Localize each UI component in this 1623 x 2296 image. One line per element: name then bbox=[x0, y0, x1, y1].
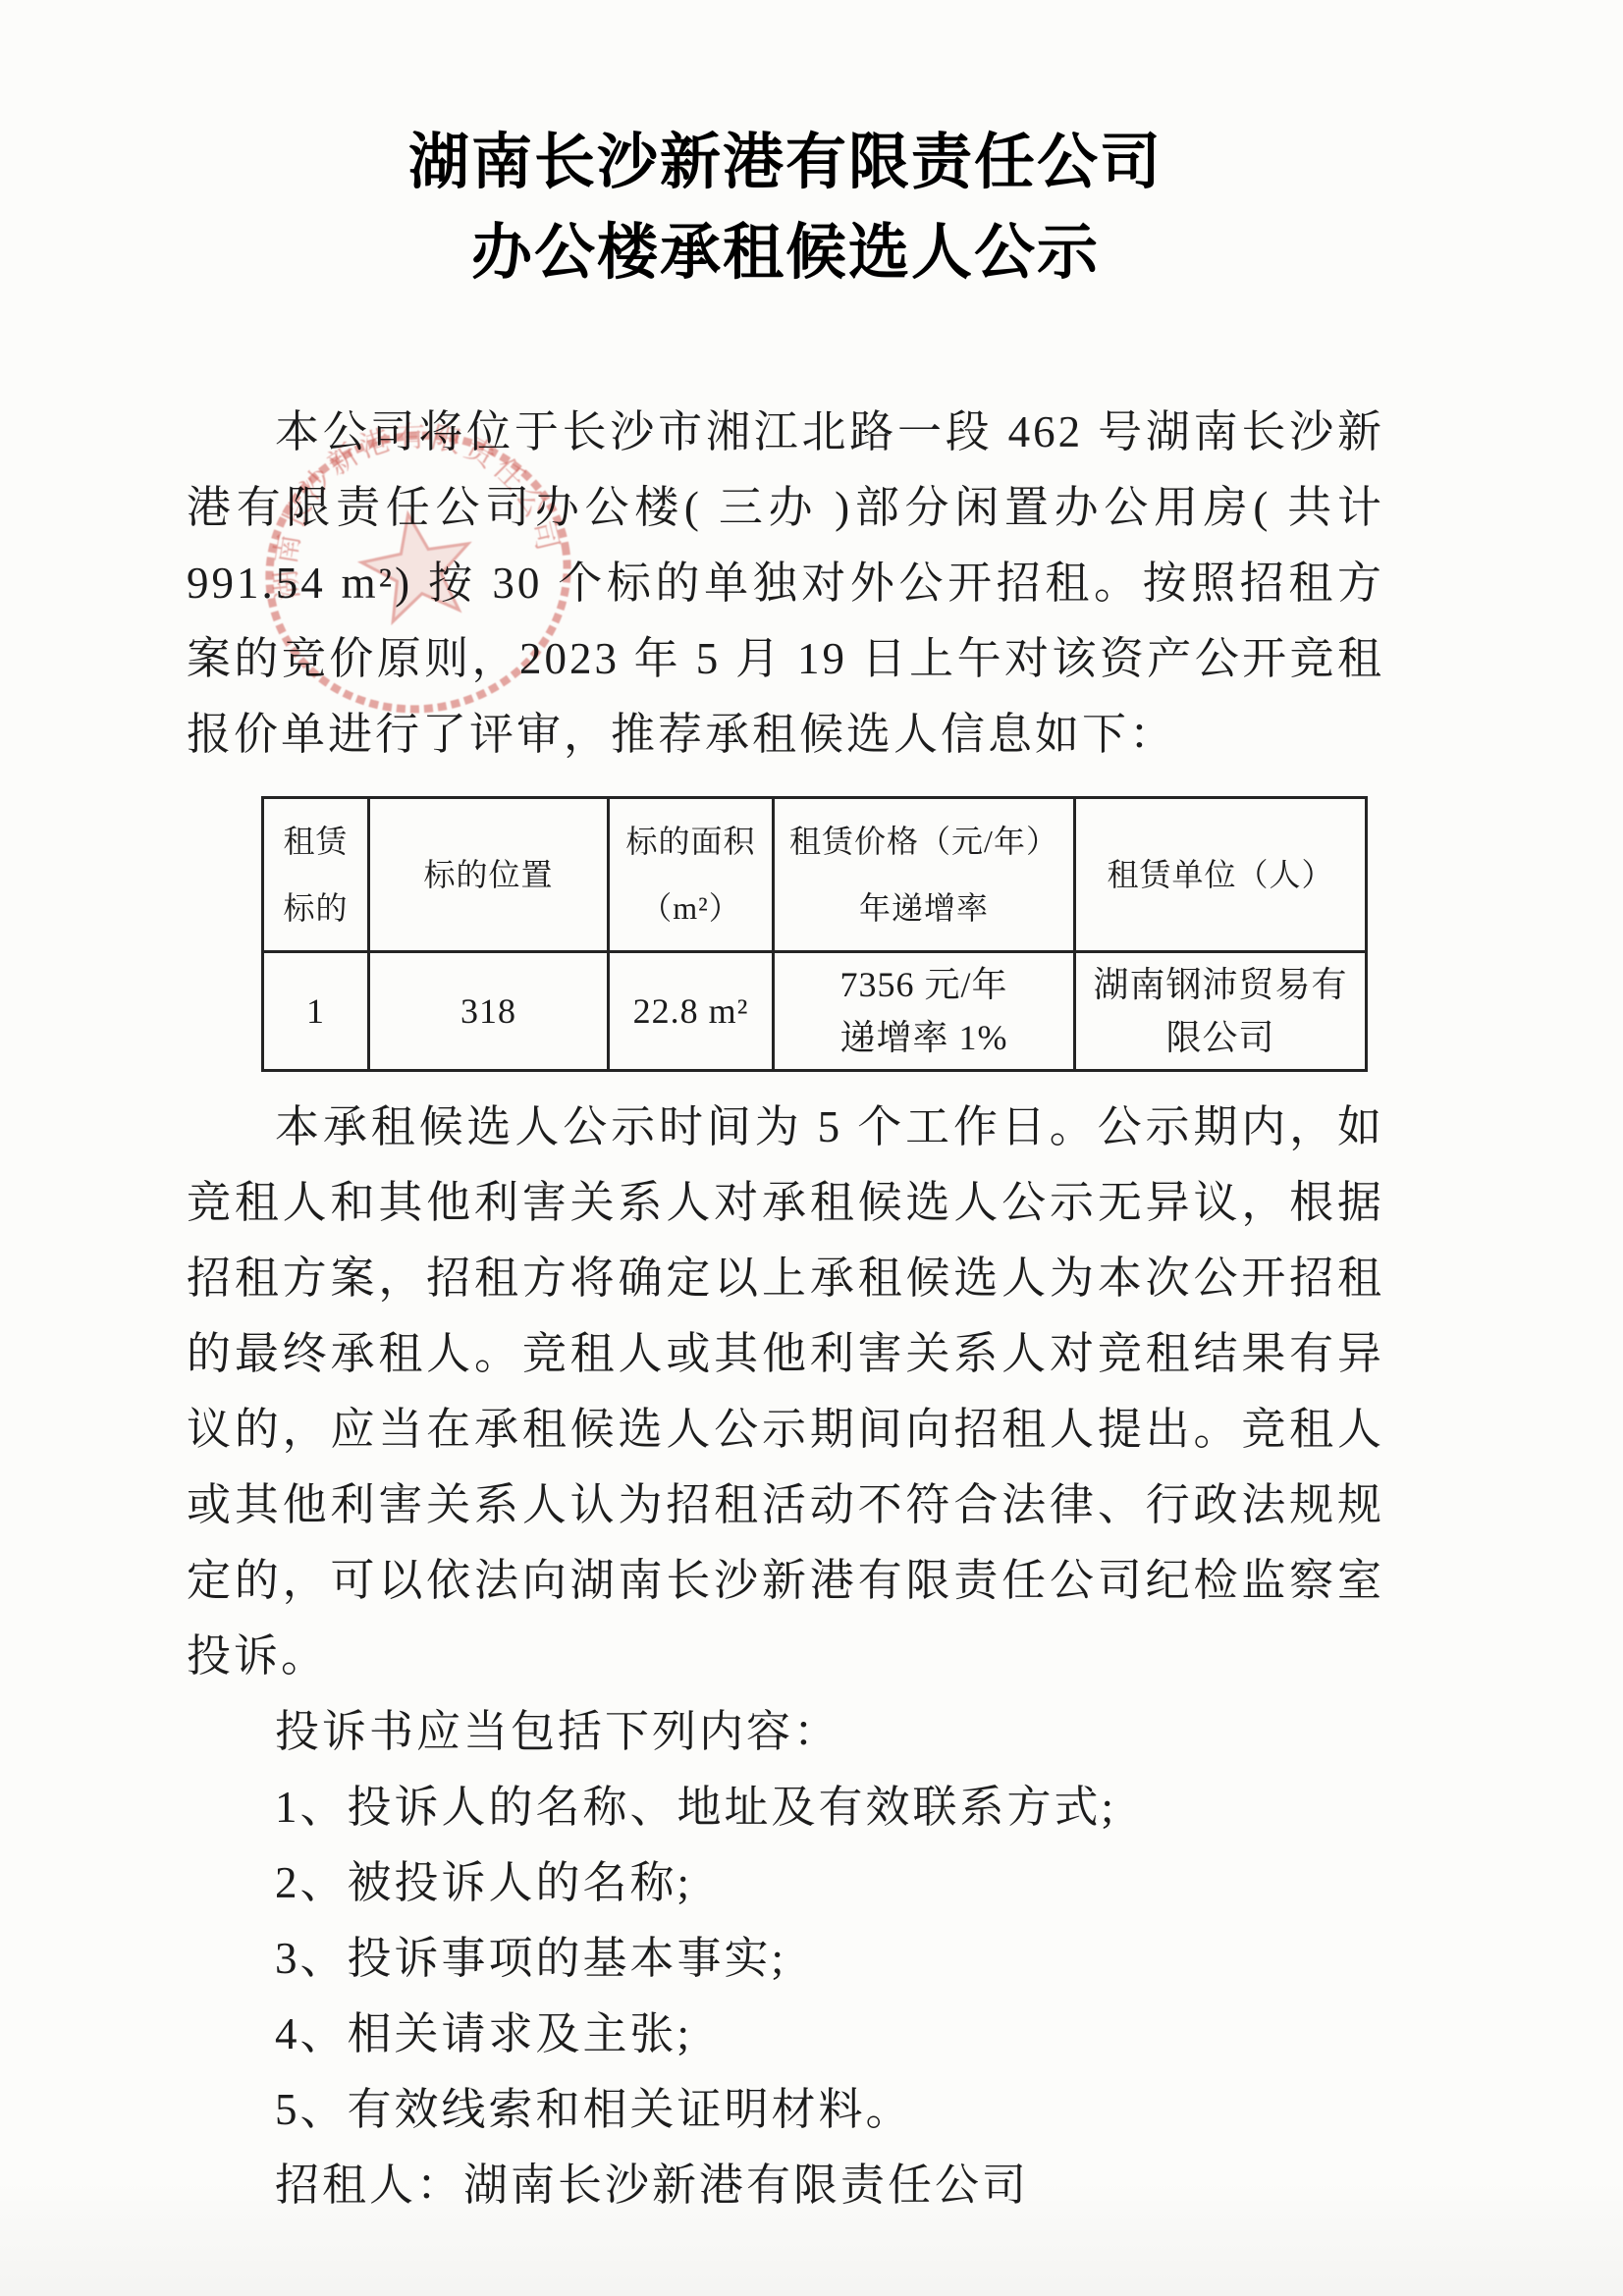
document-title: 湖南长沙新港有限责任公司 办公楼承租候选人公示 bbox=[187, 118, 1384, 298]
cell-subject-area: 22.8 m² bbox=[609, 952, 774, 1071]
document-content: 湖南长沙新港有限责任公司 办公楼承租候选人公示 本公司将位于长沙市湘江北路一段 … bbox=[0, 0, 1623, 2223]
title-line-1: 湖南长沙新港有限责任公司 bbox=[187, 118, 1384, 208]
header-rental-price: 租赁价格（元/年） 年递增率 bbox=[774, 798, 1075, 952]
header-rental-subject: 租赁 标的 bbox=[263, 798, 369, 952]
complaint-item-2: 2、被投诉人的名称; bbox=[187, 1845, 1384, 1921]
complaint-item-4: 4、相关请求及主张; bbox=[187, 1997, 1384, 2072]
intro-paragraph: 本公司将位于长沙市湘江北路一段 462 号湖南长沙新港有限责任公司办公楼( 三办… bbox=[187, 395, 1384, 773]
complaint-intro: 投诉书应当包括下列内容： bbox=[187, 1694, 1384, 1770]
header-rental-price-line1: 租赁价格（元/年） bbox=[777, 808, 1071, 875]
header-subject-area-line2: （m²） bbox=[612, 875, 770, 941]
rental-candidate-table: 租赁 标的 标的位置 标的面积 （m²） 租赁价格（元/年） 年递增率 bbox=[261, 796, 1368, 1072]
header-subject-location-label: 标的位置 bbox=[372, 841, 605, 908]
signature-line: 招租人：湖南长沙新港有限责任公司 bbox=[187, 2148, 1384, 2223]
complaint-item-5: 5、有效线索和相关证明材料。 bbox=[187, 2072, 1384, 2148]
header-rental-subject-line2: 标的 bbox=[266, 875, 365, 941]
body-paragraph: 本承租候选人公示时间为 5 个工作日。公示期内，如竞租人和其他利害关系人对承租候… bbox=[187, 1090, 1384, 1694]
header-rental-price-line2: 年递增率 bbox=[777, 875, 1071, 941]
cell-rental-tenant: 湖南钢沛贸易有限公司 bbox=[1075, 952, 1367, 1071]
cell-rental-price: 7356 元/年 递增率 1% bbox=[774, 952, 1075, 1071]
document-page: 湖南长沙新港有限责任公司 办公楼承租候选人公示 本公司将位于长沙市湘江北路一段 … bbox=[0, 0, 1623, 2296]
header-subject-area-line1: 标的面积 bbox=[612, 808, 770, 875]
header-rental-tenant: 租赁单位（人） bbox=[1075, 798, 1367, 952]
header-subject-location: 标的位置 bbox=[369, 798, 609, 952]
table-data-row: 1 318 22.8 m² 7356 元/年 递增率 1% 湖南钢沛贸易有限公司 bbox=[263, 952, 1367, 1071]
complaint-item-3: 3、投诉事项的基本事实; bbox=[187, 1921, 1384, 1997]
cell-rental-price-line1: 7356 元/年 bbox=[777, 958, 1071, 1011]
table-header-row: 租赁 标的 标的位置 标的面积 （m²） 租赁价格（元/年） 年递增率 bbox=[263, 798, 1367, 952]
header-subject-area: 标的面积 （m²） bbox=[609, 798, 774, 952]
header-rental-subject-line1: 租赁 bbox=[266, 808, 365, 875]
header-rental-tenant-label: 租赁单位（人） bbox=[1078, 841, 1363, 908]
complaint-item-1: 1、投诉人的名称、地址及有效联系方式; bbox=[187, 1770, 1384, 1845]
cell-subject-location: 318 bbox=[369, 952, 609, 1071]
cell-subject-number: 1 bbox=[263, 952, 369, 1071]
title-line-2: 办公楼承租候选人公示 bbox=[187, 208, 1384, 298]
cell-rental-price-line2: 递增率 1% bbox=[777, 1011, 1071, 1064]
